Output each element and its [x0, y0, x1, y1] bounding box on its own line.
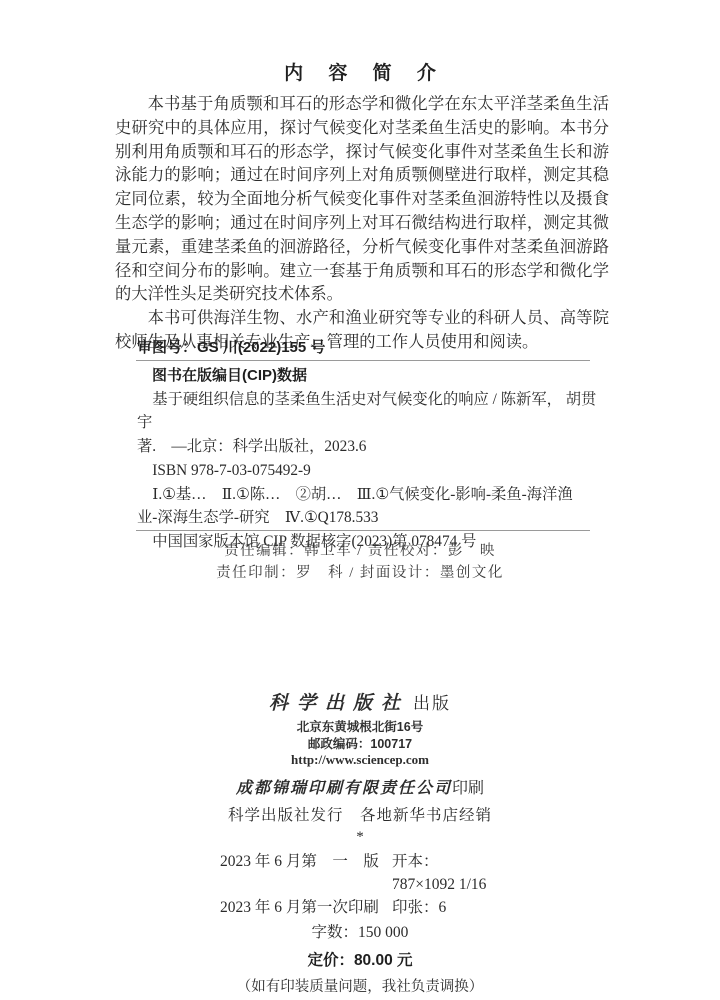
cip-entry-line-1: 基于硬组织信息的茎柔鱼生活史对气候变化的响应 / 陈新军， 胡贯宇 — [137, 388, 607, 435]
quality-note: （如有印装质量问题，我社负责调换） — [0, 975, 720, 996]
cip-isbn: ISBN 978-7-03-075492-9 — [137, 459, 607, 483]
abstract-paragraph-1: 本书基于角质颚和耳石的形态学和微化学在东太平洋茎柔鱼生活史研究中的具体应用，探讨… — [115, 92, 609, 306]
publisher-line: 科学出版社 出版 — [0, 688, 720, 715]
sheet-count: 印张：6 — [392, 896, 500, 919]
cip-block: 图书在版编目(CIP)数据 基于硬组织信息的茎柔鱼生活史对气候变化的响应 / 陈… — [137, 364, 607, 554]
word-count: 字数：150 000 — [0, 920, 720, 942]
cip-entry-line-2: 著. —北京：科学出版社，2023.6 — [137, 435, 607, 459]
price: 定价：80.00 元 — [0, 948, 720, 970]
imprint-section: 科学出版社 出版 北京东黄城根北街16号 邮政编码：100717 http://… — [0, 688, 720, 996]
credits-line-editor: 责任编辑：韩卫军 / 责任校对：彭 映 — [0, 541, 720, 563]
printer-name: 成都锦瑞印刷有限责任公司 — [236, 780, 452, 797]
cip-classification-line-1: Ⅰ.①基… Ⅱ.①陈… ②胡… Ⅲ.①气候变化-影响-柔鱼-海洋渔 — [137, 483, 607, 507]
map-approval-label: 审图号： — [137, 339, 197, 356]
map-approval-line: 审图号：GS 川(2022)155 号 — [137, 336, 607, 357]
abstract-section: 本书基于角质颚和耳石的形态学和微化学在东太平洋茎柔鱼生活史研究中的具体应用，探讨… — [115, 92, 609, 354]
publisher-postcode: 邮政编码：100717 — [0, 736, 720, 753]
publisher-address: 北京东黄城根北街16号 — [0, 719, 720, 736]
distribution-line: 科学出版社发行 各地新华书店经销 — [0, 803, 720, 825]
divider-line-bottom — [136, 530, 590, 531]
divider-line-top — [136, 360, 590, 361]
asterisk-separator: * — [0, 829, 720, 845]
format-spec: 开本：787×1092 1/16 — [392, 850, 500, 896]
map-approval-value: GS 川(2022)155 号 — [197, 339, 325, 356]
edition-date: 2023 年 6 月第 一 版 — [220, 850, 392, 896]
page-title: 内 容 简 介 — [0, 58, 720, 85]
cip-classification-line-2: 业-深海生态学-研究 Ⅳ.①Q178.533 — [137, 506, 607, 530]
edition-info: 2023 年 6 月第 一 版 开本：787×1092 1/16 2023 年 … — [220, 850, 500, 919]
credits-line-printing: 责任印制：罗 科 / 封面设计：墨创文化 — [0, 563, 720, 585]
printer-line: 成都锦瑞印刷有限责任公司印刷 — [0, 775, 720, 798]
printer-suffix: 印刷 — [452, 780, 484, 797]
publisher-name: 科学出版社 — [269, 693, 409, 714]
copyright-page: 内 容 简 介 本书基于角质颚和耳石的形态学和微化学在东太平洋茎柔鱼生活史研究中… — [0, 0, 720, 1000]
cip-heading: 图书在版编目(CIP)数据 — [137, 364, 607, 388]
publisher-website: http://www.sciencep.com — [0, 752, 720, 769]
printing-date: 2023 年 6 月第一次印刷 — [220, 896, 392, 919]
publisher-suffix: 出版 — [413, 694, 451, 713]
edition-row: 2023 年 6 月第 一 版 开本：787×1092 1/16 — [220, 850, 500, 896]
printing-row: 2023 年 6 月第一次印刷 印张：6 — [220, 896, 500, 919]
staff-credits: 责任编辑：韩卫军 / 责任校对：彭 映 责任印制：罗 科 / 封面设计：墨创文化 — [0, 541, 720, 584]
